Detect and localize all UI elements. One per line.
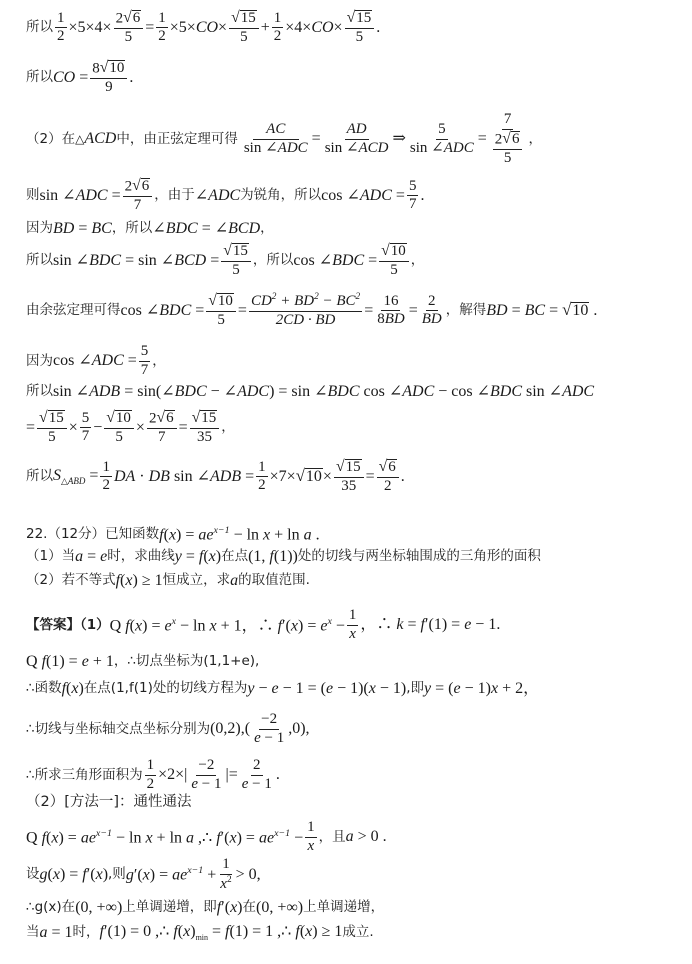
answer-part2-method-heading: （2）[方法一]：通性通法	[26, 795, 192, 810]
fraction: 72√65	[489, 112, 527, 167]
fraction: √155	[229, 10, 259, 46]
fraction: 57	[139, 344, 151, 379]
fraction: 12	[55, 11, 67, 46]
text: ，所以	[253, 254, 294, 268]
fraction: 12	[156, 11, 168, 46]
equation-line-sine-law: （2）在 △ACD 中，由正弦定理可得 AC sin ∠ADC = ADsin …	[26, 112, 542, 167]
text: 在点	[221, 550, 248, 564]
text: ,即	[406, 682, 424, 696]
fraction: 2√65	[114, 10, 144, 46]
fraction: 1x	[347, 608, 359, 643]
text: 在	[243, 901, 257, 915]
fraction: AC sin ∠ADC	[242, 122, 310, 157]
text: ，且	[319, 831, 346, 845]
text: 当	[26, 926, 40, 940]
question-22-part2: （2）若不等式 f(x) ≥ 1 恒成立，求 a 的取值范围.	[26, 573, 310, 589]
text: 则	[26, 189, 40, 203]
text: （2）在	[26, 133, 75, 147]
fraction: 12	[145, 758, 157, 793]
fraction: CD2 + BD2 − BC22CD · BD	[249, 293, 362, 329]
fraction: √105	[206, 293, 236, 329]
fraction: 2e − 1	[240, 758, 274, 793]
equation-line-area-abd: 所以 S△ABD = 12 DA · DB sin ∠ADB = 12 ×7×√…	[26, 459, 405, 495]
text: 设	[26, 868, 40, 882]
fraction: ADsin ∠ACD	[323, 122, 391, 157]
text: ，解得	[446, 304, 487, 318]
text: 因为	[26, 222, 53, 236]
text: ∴函数	[26, 682, 62, 696]
equation-line-sin-adc: 则 sin ∠ADC = 2√67 ，由于 ∠ADC 为锐角，所以 cos ∠A…	[26, 178, 424, 214]
fraction: 2BD	[420, 294, 444, 329]
fraction: 168BD	[375, 294, 407, 329]
equation-line-area: 所以 12 ×5×4× 2√65 = 12 ×5×CO× √155 + 12 ×…	[26, 10, 380, 46]
text: ∴所求三角形面积为	[26, 769, 143, 783]
text: ，∴切点坐标为(1,1+e),	[114, 655, 260, 669]
fraction: 2√67	[147, 410, 177, 446]
answer-tangent-line: ∴函数 f(x) 在点(1,f(1)处的切线方程为 y − e − 1 = (e…	[26, 681, 539, 697]
fraction: √105	[379, 243, 409, 279]
equation-line-cosine-law: 由余弦定理可得 cos ∠BDC = √105 = CD2 + BD2 − BC…	[26, 293, 597, 329]
text: 所以	[26, 21, 53, 35]
text: ，所以	[112, 222, 153, 236]
answer-part2-minimum: 当 a = 1 时， f′(1) = 0 ,∴ f(x)min = f(1) =…	[26, 924, 374, 942]
text: （2）[方法一]：通性通法	[26, 795, 192, 810]
answer-part2-monotonic: ∴g(x)在 (0, +∞) 上单调递增，即 f′(x) 在 (0, +∞) 上…	[26, 900, 384, 916]
equation-line-bd-bc: 因为 BD = BC ，所以 ∠BDC = ∠BCD ，	[26, 221, 274, 237]
text: 的取值范围.	[238, 574, 310, 588]
question-22-part1: （1）当 a = e 时，求曲线 y = f(x) 在点 (1, f(1)) 处…	[26, 549, 541, 565]
equation-line-evaluate: = √155 × 57 − √105 × 2√67 = √1535 ，	[26, 410, 235, 446]
text: 因为	[26, 355, 53, 369]
fraction: √155	[345, 10, 375, 46]
text: 为锐角，所以	[240, 189, 321, 203]
fraction: 5sin ∠ADC	[408, 122, 476, 157]
fraction: 57	[407, 179, 419, 214]
answer-part1-derivative: 【答案】（1） Q f(x) = ex − ln x + 1，∴ f′(x) =…	[26, 608, 500, 643]
text: 所以	[26, 71, 53, 85]
equation-line-co: 所以 CO = 8√109 .	[26, 60, 133, 96]
text: 成立.	[342, 926, 373, 940]
text: （2）若不等式	[26, 574, 116, 588]
fraction: √155	[221, 243, 251, 279]
equation-line-cos-adc: 因为 cos ∠ADC = 57 ，	[26, 344, 166, 379]
fraction: −2e − 1	[189, 758, 223, 793]
answer-label: 【答案】（1）	[26, 619, 110, 633]
fraction: 12	[100, 460, 112, 495]
text: 上单调递增，	[303, 901, 384, 915]
answer-intercepts: ∴切线与坐标轴交点坐标分别为 (0,2),( −2e − 1 ,0),	[26, 712, 310, 747]
text: 恒成立，求	[163, 574, 231, 588]
answer-tangent-point: Q f(1) = e + 1 ，∴切点坐标为(1,1+e),	[26, 654, 259, 670]
text: ∴g(x)在	[26, 901, 75, 915]
text: 所以	[26, 470, 53, 484]
text: 中，由正弦定理可得	[116, 133, 238, 147]
fraction: 12	[256, 460, 268, 495]
text: 处的切线与两坐标轴围成的三角形的面积	[298, 550, 541, 564]
text: ，由于	[154, 189, 195, 203]
fraction: 12	[272, 11, 284, 46]
fraction: −2e − 1	[252, 712, 286, 747]
answer-area: ∴所求三角形面积为 12 ×2×| −2e − 1 |= 2e − 1 .	[26, 758, 280, 793]
fraction: 8√109	[90, 60, 127, 96]
text: ∴切线与坐标轴交点坐标分别为	[26, 723, 210, 737]
answer-part2-second-derivative: 设 g(x) = f′(x) ,则 g′(x) = aex−1 + 1x2 > …	[26, 857, 261, 893]
answer-part2-derivative: Q f(x) = aex−1 − ln x + ln a ,∴ f′(x) = …	[26, 820, 387, 855]
equation-line-sin-adb: 所以 sin ∠ADB = sin(∠BDC − ∠ADC) = sin ∠BD…	[26, 384, 594, 400]
text: 所以	[26, 254, 53, 268]
fraction: √105	[104, 410, 134, 446]
fraction: √155	[37, 410, 67, 446]
text: 22.（12分）已知函数	[26, 528, 159, 542]
equation-line-sin-bdc: 所以 sin ∠BDC = sin ∠BCD = √155 ，所以 cos ∠B…	[26, 243, 424, 279]
fraction: 57	[80, 411, 92, 446]
text: 时，	[73, 926, 100, 940]
fraction: √1535	[334, 459, 364, 495]
text: 时，求曲线	[107, 550, 175, 564]
text: 所以	[26, 385, 53, 399]
fraction: √1535	[190, 410, 220, 446]
text: 上单调递增，即	[122, 901, 217, 915]
text: 在点(1,f(1)处的切线方程为	[84, 682, 248, 696]
text: ,则	[108, 868, 126, 882]
fraction: √62	[377, 459, 399, 495]
text: （1）当	[26, 550, 75, 564]
fraction: 1x	[305, 820, 317, 855]
fraction: 2√67	[123, 178, 153, 214]
text: 由余弦定理可得	[26, 304, 121, 318]
question-22-heading: 22.（12分）已知函数 f(x) = aex−1 − ln x + ln a …	[26, 526, 320, 543]
fraction: 1x2	[218, 857, 233, 893]
